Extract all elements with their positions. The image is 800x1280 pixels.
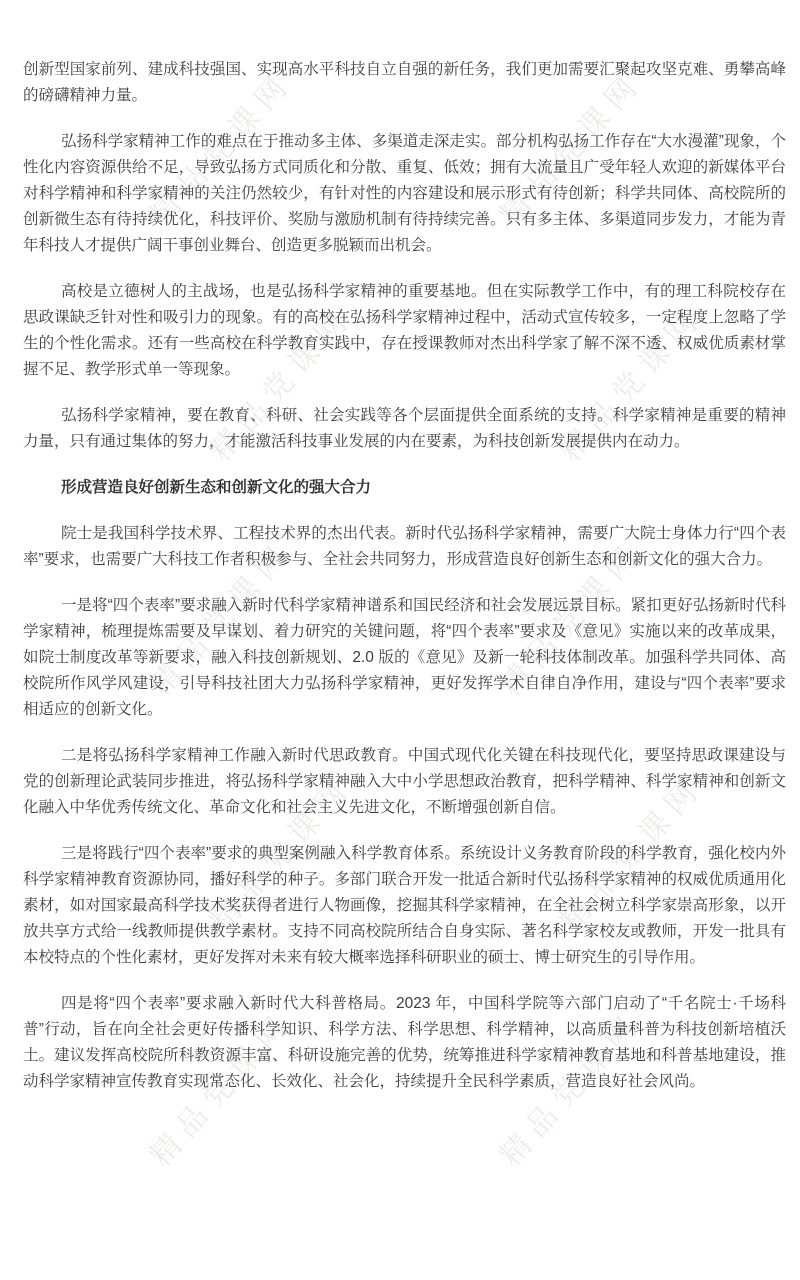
document-body: 创新型国家前列、建成科技强国、实现高水平科技自立自强的新任务，我们更加需要汇聚起… [23, 57, 786, 1115]
paragraph: 弘扬科学家精神，要在教育、科研、社会实践等各个层面提供全面系统的支持。科学家精神… [23, 403, 786, 455]
document-page: 精品党课网精品党课网精品党课网精品党课网精品党课网精品党课网精品党课网精品党课网… [0, 0, 800, 1280]
paragraph: 一是将“四个表率”要求融入新时代科学家精神谱系和国民经济和社会发展远景目标。紧扣… [23, 593, 786, 723]
section-heading: 形成营造良好创新生态和创新文化的强大合力 [23, 475, 786, 501]
paragraph: 高校是立德树人的主战场，也是弘扬科学家精神的重要基地。但在实际教学工作中，有的理… [23, 279, 786, 383]
paragraph: 二是将弘扬科学家精神工作融入新时代思政教育。中国式现代化关键在科技现代化，要坚持… [23, 743, 786, 821]
paragraph: 弘扬科学家精神工作的难点在于推动多主体、多渠道走深走实。部分机构弘扬工作存在“大… [23, 129, 786, 259]
paragraph: 创新型国家前列、建成科技强国、实现高水平科技自立自强的新任务，我们更加需要汇聚起… [23, 57, 786, 109]
paragraph: 院士是我国科学技术界、工程技术界的杰出代表。新时代弘扬科学家精神，需要广大院士身… [23, 521, 786, 573]
paragraph: 四是将“四个表率”要求融入新时代大科普格局。2023 年，中国科学院等六部门启动… [23, 991, 786, 1095]
paragraph: 三是将践行“四个表率”要求的典型案例融入科学教育体系。系统设计义务教育阶段的科学… [23, 841, 786, 971]
